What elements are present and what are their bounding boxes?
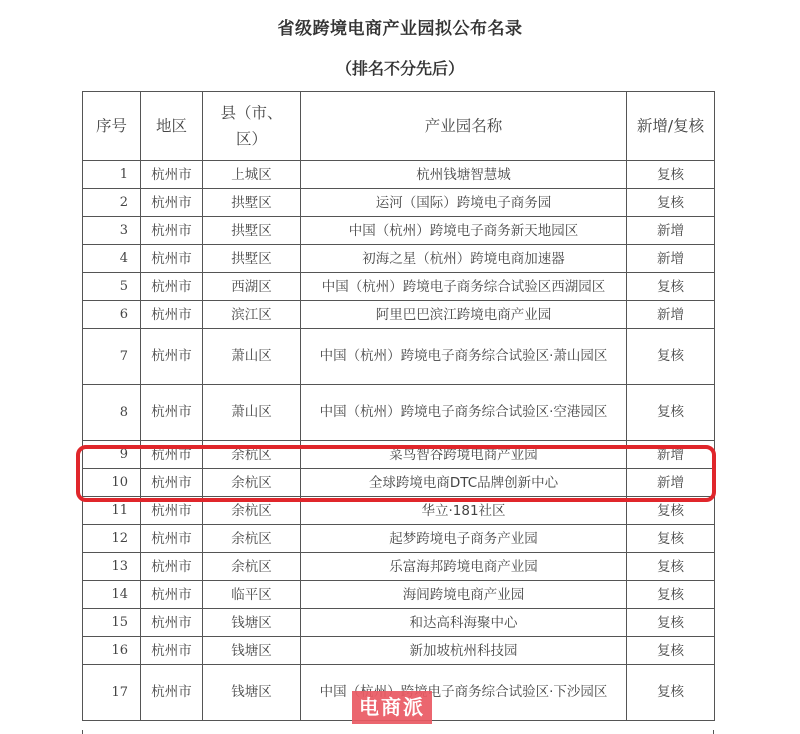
cell-region: 杭州市 — [141, 637, 203, 665]
cell-county: 余杭区 — [203, 469, 301, 497]
cell-park-name: 杭州钱塘智慧城 — [301, 161, 627, 189]
cell-region: 杭州市 — [141, 245, 203, 273]
cell-region: 杭州市 — [141, 581, 203, 609]
table-row: 14杭州市临平区海闾跨境电商产业园复核 — [83, 581, 715, 609]
table-row: 11杭州市余杭区华立·181社区复核 — [83, 497, 715, 525]
cell-county: 钱塘区 — [203, 609, 301, 637]
cell-park-name: 和达高科海聚中心 — [301, 609, 627, 637]
cell-park-name: 运河（国际）跨境电子商务园 — [301, 189, 627, 217]
cell-status: 复核 — [627, 273, 715, 301]
cell-status: 复核 — [627, 525, 715, 553]
cell-status: 复核 — [627, 385, 715, 441]
cell-region: 杭州市 — [141, 497, 203, 525]
cell-index: 5 — [83, 273, 141, 301]
cell-index: 4 — [83, 245, 141, 273]
header-index: 序号 — [83, 92, 141, 161]
table-row: 6杭州市滨江区阿里巴巴滨江跨境电商产业园新增 — [83, 301, 715, 329]
cell-index: 11 — [83, 497, 141, 525]
cell-region: 杭州市 — [141, 217, 203, 245]
cell-index: 10 — [83, 469, 141, 497]
cell-index: 15 — [83, 609, 141, 637]
cell-region: 杭州市 — [141, 665, 203, 721]
cell-region: 杭州市 — [141, 161, 203, 189]
table-row: 5杭州市西湖区中国（杭州）跨境电子商务综合试验区西湖园区复核 — [83, 273, 715, 301]
cell-park-name: 海闾跨境电商产业园 — [301, 581, 627, 609]
document-title: 省级跨境电商产业园拟公布名录 — [0, 14, 800, 39]
cell-index: 16 — [83, 637, 141, 665]
header-park-name: 产业园名称 — [301, 92, 627, 161]
cell-county: 拱墅区 — [203, 217, 301, 245]
cell-county: 临平区 — [203, 581, 301, 609]
document-subtitle: （排名不分先后） — [0, 56, 800, 79]
cell-index: 14 — [83, 581, 141, 609]
cell-region: 杭州市 — [141, 301, 203, 329]
cell-park-name: 乐富海邦跨境电商产业园 — [301, 553, 627, 581]
cell-county: 拱墅区 — [203, 189, 301, 217]
cell-status: 复核 — [627, 665, 715, 721]
cell-region: 杭州市 — [141, 441, 203, 469]
cell-status: 复核 — [627, 609, 715, 637]
cell-park-name: 起梦跨境电子商务产业园 — [301, 525, 627, 553]
cell-region: 杭州市 — [141, 273, 203, 301]
cell-region: 杭州市 — [141, 469, 203, 497]
cell-county: 余杭区 — [203, 525, 301, 553]
table-row: 9杭州市余杭区菜鸟智谷跨境电商产业园新增 — [83, 441, 715, 469]
cell-region: 杭州市 — [141, 525, 203, 553]
cell-status: 复核 — [627, 637, 715, 665]
cell-county: 钱塘区 — [203, 637, 301, 665]
cell-park-name: 中国（杭州）跨境电子商务综合试验区西湖园区 — [301, 273, 627, 301]
cell-status: 复核 — [627, 329, 715, 385]
cell-region: 杭州市 — [141, 189, 203, 217]
header-county: 县（市、区） — [203, 92, 301, 161]
cell-region: 杭州市 — [141, 553, 203, 581]
table-row: 7杭州市萧山区中国（杭州）跨境电子商务综合试验区·萧山园区复核 — [83, 329, 715, 385]
cell-index: 6 — [83, 301, 141, 329]
table-row: 2杭州市拱墅区运河（国际）跨境电子商务园复核 — [83, 189, 715, 217]
cell-park-name: 华立·181社区 — [301, 497, 627, 525]
cell-index: 3 — [83, 217, 141, 245]
cell-status: 复核 — [627, 497, 715, 525]
cell-status: 复核 — [627, 581, 715, 609]
cell-index: 9 — [83, 441, 141, 469]
cell-status: 新增 — [627, 217, 715, 245]
cell-county: 余杭区 — [203, 497, 301, 525]
table-row: 8杭州市萧山区中国（杭州）跨境电子商务综合试验区·空港园区复核 — [83, 385, 715, 441]
header-region: 地区 — [141, 92, 203, 161]
watermark-logo: 电商派 — [352, 691, 432, 724]
cell-region: 杭州市 — [141, 385, 203, 441]
cell-park-name: 阿里巴巴滨江跨境电商产业园 — [301, 301, 627, 329]
cell-county: 余杭区 — [203, 553, 301, 581]
table-row: 3杭州市拱墅区中国（杭州）跨境电子商务新天地园区新增 — [83, 217, 715, 245]
cell-status: 复核 — [627, 161, 715, 189]
table-row: 10杭州市余杭区全球跨境电商DTC品牌创新中心新增 — [83, 469, 715, 497]
cell-county: 滨江区 — [203, 301, 301, 329]
table-row: 4杭州市拱墅区初海之星（杭州）跨境电商加速器新增 — [83, 245, 715, 273]
cell-status: 新增 — [627, 301, 715, 329]
cell-index: 2 — [83, 189, 141, 217]
cell-status: 新增 — [627, 245, 715, 273]
cell-index: 12 — [83, 525, 141, 553]
cell-county: 萧山区 — [203, 385, 301, 441]
cell-status: 复核 — [627, 189, 715, 217]
cell-park-name: 中国（杭州）跨境电子商务新天地园区 — [301, 217, 627, 245]
cell-county: 拱墅区 — [203, 245, 301, 273]
cell-park-name: 中国（杭州）跨境电子商务综合试验区·萧山园区 — [301, 329, 627, 385]
cell-county: 上城区 — [203, 161, 301, 189]
cell-index: 1 — [83, 161, 141, 189]
cell-park-name: 初海之星（杭州）跨境电商加速器 — [301, 245, 627, 273]
cell-park-name: 中国（杭州）跨境电子商务综合试验区·下沙园区 — [301, 665, 627, 721]
park-list-table: 序号 地区 县（市、区） 产业园名称 新增/复核 1杭州市上城区杭州钱塘智慧城复… — [82, 91, 715, 721]
header-status: 新增/复核 — [627, 92, 715, 161]
cell-status: 新增 — [627, 441, 715, 469]
table-row: 16杭州市钱塘区新加坡杭州科技园复核 — [83, 637, 715, 665]
table-row: 13杭州市余杭区乐富海邦跨境电商产业园复核 — [83, 553, 715, 581]
table-continuation — [82, 730, 714, 734]
table-header-row: 序号 地区 县（市、区） 产业园名称 新增/复核 — [83, 92, 715, 161]
cell-index: 13 — [83, 553, 141, 581]
table-row: 12杭州市余杭区起梦跨境电子商务产业园复核 — [83, 525, 715, 553]
cell-county: 西湖区 — [203, 273, 301, 301]
cell-region: 杭州市 — [141, 609, 203, 637]
cell-index: 17 — [83, 665, 141, 721]
cell-region: 杭州市 — [141, 329, 203, 385]
cell-park-name: 全球跨境电商DTC品牌创新中心 — [301, 469, 627, 497]
cell-status: 新增 — [627, 469, 715, 497]
cell-county: 萧山区 — [203, 329, 301, 385]
cell-status: 复核 — [627, 553, 715, 581]
cell-park-name: 新加坡杭州科技园 — [301, 637, 627, 665]
cell-index: 7 — [83, 329, 141, 385]
cell-park-name: 中国（杭州）跨境电子商务综合试验区·空港园区 — [301, 385, 627, 441]
table-row: 1杭州市上城区杭州钱塘智慧城复核 — [83, 161, 715, 189]
cell-park-name: 菜鸟智谷跨境电商产业园 — [301, 441, 627, 469]
cell-county: 余杭区 — [203, 441, 301, 469]
table-row: 15杭州市钱塘区和达高科海聚中心复核 — [83, 609, 715, 637]
table-body: 1杭州市上城区杭州钱塘智慧城复核2杭州市拱墅区运河（国际）跨境电子商务园复核3杭… — [83, 161, 715, 721]
cell-index: 8 — [83, 385, 141, 441]
cell-county: 钱塘区 — [203, 665, 301, 721]
